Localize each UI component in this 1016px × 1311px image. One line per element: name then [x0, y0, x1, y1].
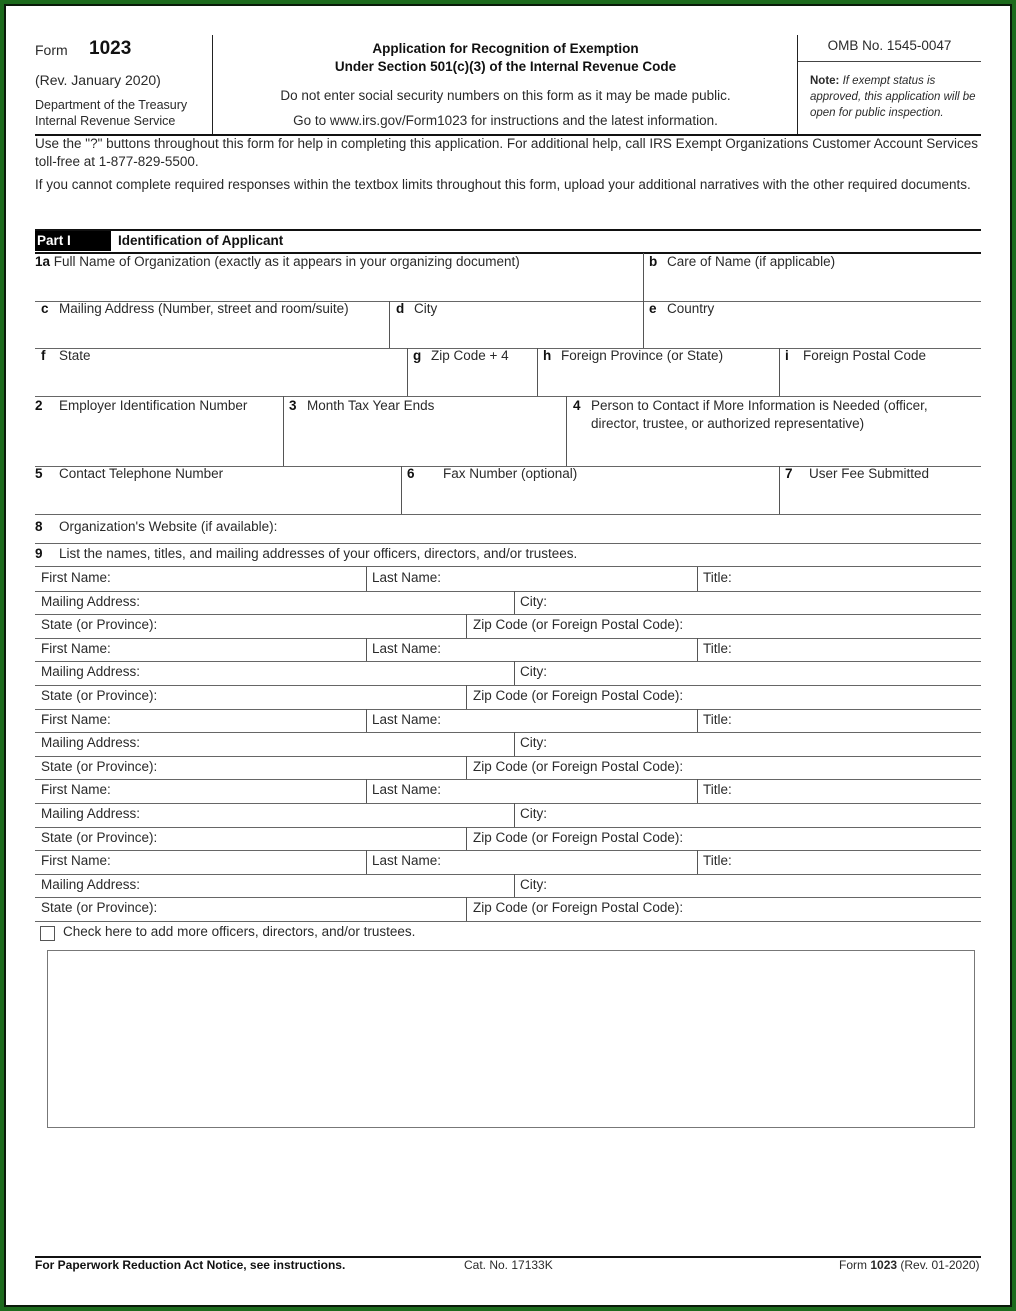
field-text: Month Tax Year Ends: [307, 398, 434, 413]
divider: [35, 566, 981, 567]
officer-zip-input[interactable]: [686, 686, 979, 708]
field-num: c: [41, 301, 59, 316]
officer-zip-label: Zip Code (or Foreign Postal Code):: [473, 900, 683, 915]
footer-form-number: 1023: [870, 1258, 897, 1272]
field-num: h: [543, 348, 561, 363]
additional-officers-textbox[interactable]: [47, 950, 975, 1128]
limits-text: If you cannot complete required response…: [35, 176, 980, 194]
part-tag: Part I: [35, 231, 111, 251]
divider: [366, 567, 367, 591]
officer-zip-label: Zip Code (or Foreign Postal Code):: [473, 759, 683, 774]
field-text: Organization's Website (if available):: [59, 519, 277, 534]
divider: [401, 466, 402, 514]
org-name-input[interactable]: [36, 273, 640, 299]
ein-input[interactable]: [36, 420, 281, 464]
note-label: Note:: [810, 75, 839, 87]
field-1i-label: iForeign Postal Code: [785, 348, 926, 363]
field-1e-label: eCountry: [649, 301, 714, 316]
field-num: e: [649, 301, 667, 316]
divider: [514, 874, 515, 898]
divider: [35, 921, 981, 922]
officer-mailing-address-label: Mailing Address:: [41, 594, 140, 609]
officer-title-input[interactable]: [736, 568, 979, 590]
divider: [697, 567, 698, 591]
state-input[interactable]: [36, 368, 405, 394]
officer-last-name-label: Last Name:: [372, 570, 441, 585]
field-1g-label: gZip Code + 4: [413, 348, 509, 363]
officer-title-input[interactable]: [736, 780, 979, 802]
officer-city-label: City:: [520, 806, 547, 821]
field-num: 1a: [35, 254, 50, 269]
divider: [407, 348, 408, 396]
divider: [514, 661, 515, 685]
officer-title-label: Title:: [703, 853, 732, 868]
officer-title-label: Title:: [703, 712, 732, 727]
officer-first-name-label: First Name:: [41, 570, 111, 585]
website-input[interactable]: [285, 517, 979, 541]
divider: [697, 709, 698, 733]
officer-title-label: Title:: [703, 570, 732, 585]
officer-first-name-input[interactable]: [112, 851, 364, 873]
officer-state-input[interactable]: [160, 686, 464, 708]
field-num: 4: [573, 398, 591, 413]
officer-city-label: City:: [520, 877, 547, 892]
officer-title-input[interactable]: [736, 851, 979, 873]
officer-state-input[interactable]: [160, 757, 464, 779]
field-text: Zip Code + 4: [431, 348, 509, 363]
part1-top-rule: [35, 229, 981, 231]
form-word: Form: [35, 42, 68, 58]
part-title: Identification of Applicant: [118, 233, 283, 248]
officer-title-label: Title:: [703, 641, 732, 656]
field-num: b: [649, 254, 667, 269]
divider: [35, 514, 981, 515]
officer-first-name-input[interactable]: [112, 568, 364, 590]
field-num: 8: [35, 519, 59, 534]
officer-zip-label: Zip Code (or Foreign Postal Code):: [473, 688, 683, 703]
officer-first-name-label: First Name:: [41, 782, 111, 797]
officer-zip-input[interactable]: [686, 757, 979, 779]
officer-city-label: City:: [520, 664, 547, 679]
officer-zip-label: Zip Code (or Foreign Postal Code):: [473, 617, 683, 632]
officer-first-name-label: First Name:: [41, 641, 111, 656]
field-num: 6: [407, 466, 443, 481]
divider: [779, 348, 780, 396]
field-text: Full Name of Organization (exactly as it…: [54, 254, 520, 269]
divider: [514, 591, 515, 615]
officer-zip-input[interactable]: [686, 828, 979, 850]
officer-state-label: State (or Province):: [41, 830, 157, 845]
officer-state-label: State (or Province):: [41, 688, 157, 703]
officer-city-label: City:: [520, 735, 547, 750]
divider: [466, 614, 467, 638]
officer-zip-input[interactable]: [686, 898, 979, 920]
instructions-link[interactable]: Go to www.irs.gov/Form1023 for instructi…: [213, 113, 798, 128]
officer-last-name-label: Last Name:: [372, 782, 441, 797]
country-input[interactable]: [646, 320, 979, 346]
footer-form-id: Form 1023 (Rev. 01-2020): [839, 1258, 980, 1272]
divider: [366, 779, 367, 803]
field-text: User Fee Submitted: [809, 466, 929, 481]
officer-mailing-address-input[interactable]: [146, 733, 512, 755]
field-text: Fax Number (optional): [443, 466, 577, 481]
officer-city-input[interactable]: [550, 804, 979, 826]
officer-first-name-input[interactable]: [112, 780, 364, 802]
field-4-label: 4Person to Contact if More Information i…: [573, 398, 928, 413]
officer-title-input[interactable]: [736, 639, 979, 661]
officer-first-name-label: First Name:: [41, 853, 111, 868]
field-text: Contact Telephone Number: [59, 466, 223, 481]
divider: [697, 850, 698, 874]
divider: [643, 301, 644, 348]
officer-last-name-label: Last Name:: [372, 853, 441, 868]
field-num: g: [413, 348, 431, 363]
divider: [389, 301, 390, 348]
field-7-label: 7User Fee Submitted: [785, 466, 929, 481]
form-number: 1023: [89, 38, 131, 60]
omb-number: OMB No. 1545-0047: [798, 38, 981, 53]
officer-first-name-label: First Name:: [41, 712, 111, 727]
field-text: City: [414, 301, 437, 316]
divider: [466, 756, 467, 780]
omb-divider: [798, 61, 981, 62]
officer-city-input[interactable]: [550, 733, 979, 755]
officer-city-input[interactable]: [550, 592, 979, 614]
officer-last-name-label: Last Name:: [372, 641, 441, 656]
city-input[interactable]: [391, 320, 641, 346]
field-num: f: [41, 348, 59, 363]
officer-last-name-input[interactable]: [442, 568, 695, 590]
field-1b-label: bCare of Name (if applicable): [649, 254, 835, 269]
foreign-postal-code-input[interactable]: [781, 368, 979, 394]
field-1d-label: dCity: [396, 301, 437, 316]
officer-mailing-address-input[interactable]: [146, 592, 512, 614]
field-9-label: 9List the names, titles, and mailing add…: [35, 546, 577, 561]
footer-form-revision: (Rev. 01-2020): [900, 1258, 979, 1272]
field-3-label: 3Month Tax Year Ends: [289, 398, 434, 413]
user-fee-input[interactable]: [781, 486, 979, 512]
officer-mailing-address-label: Mailing Address:: [41, 877, 140, 892]
field-text: State: [59, 348, 91, 363]
form-title-line2: Under Section 501(c)(3) of the Internal …: [213, 59, 798, 74]
officer-title-label: Title:: [703, 782, 732, 797]
foreign-province-input[interactable]: [539, 368, 777, 394]
paperwork-notice: For Paperwork Reduction Act Notice, see …: [35, 1258, 345, 1272]
field-1c-label: cMailing Address (Number, street and roo…: [41, 301, 349, 316]
divider: [514, 732, 515, 756]
officer-first-name-input[interactable]: [112, 639, 364, 661]
public-inspection-note: Note: If exempt status is approved, this…: [810, 73, 980, 121]
officer-state-label: State (or Province):: [41, 900, 157, 915]
field-text: Mailing Address (Number, street and room…: [59, 301, 349, 316]
divider: [566, 396, 567, 466]
officer-mailing-address-label: Mailing Address:: [41, 806, 140, 821]
field-num: d: [396, 301, 414, 316]
divider: [537, 348, 538, 396]
add-more-checkbox[interactable]: [40, 926, 55, 941]
field-num: 7: [785, 466, 809, 481]
officer-first-name-input[interactable]: [112, 710, 364, 732]
divider: [283, 396, 284, 466]
officer-last-name-input[interactable]: [442, 780, 695, 802]
field-text: Person to Contact if More Information is…: [591, 398, 928, 413]
field-num: i: [785, 348, 803, 363]
field-text: List the names, titles, and mailing addr…: [59, 546, 577, 561]
divider: [366, 638, 367, 662]
officer-city-input[interactable]: [550, 662, 979, 684]
divider: [779, 466, 780, 514]
officer-state-input[interactable]: [160, 828, 464, 850]
divider: [514, 803, 515, 827]
divider: [466, 827, 467, 851]
agency: Internal Revenue Service: [35, 114, 175, 128]
officer-last-name-input[interactable]: [442, 851, 695, 873]
help-text: Use the "?" buttons throughout this form…: [35, 135, 980, 171]
field-num: 2: [35, 398, 59, 413]
fax-input[interactable]: [403, 486, 777, 512]
officer-last-name-label: Last Name:: [372, 712, 441, 727]
field-num: 3: [289, 398, 307, 413]
field-2-label: 2Employer Identification Number: [35, 398, 247, 413]
officer-state-input[interactable]: [160, 615, 464, 637]
officer-city-input[interactable]: [550, 875, 979, 897]
field-5-label: 5Contact Telephone Number: [35, 466, 223, 481]
field-num: 9: [35, 546, 59, 561]
mailing-address-input[interactable]: [36, 320, 387, 346]
care-of-name-input[interactable]: [646, 273, 979, 299]
officer-mailing-address-input[interactable]: [146, 662, 512, 684]
add-more-label: Check here to add more officers, directo…: [63, 924, 415, 939]
field-num: 5: [35, 466, 59, 481]
field-text: Employer Identification Number: [59, 398, 247, 413]
officer-state-label: State (or Province):: [41, 759, 157, 774]
field-1a-label: 1a Full Name of Organization (exactly as…: [35, 254, 520, 269]
divider: [466, 685, 467, 709]
field-1h-label: hForeign Province (or State): [543, 348, 723, 363]
officer-state-label: State (or Province):: [41, 617, 157, 632]
divider: [35, 396, 981, 397]
contact-person-input[interactable]: [568, 436, 979, 464]
form-title-line1: Application for Recognition of Exemption: [213, 41, 798, 56]
field-text: Foreign Postal Code: [803, 348, 926, 363]
field-text: Country: [667, 301, 714, 316]
field-8-label: 8Organization's Website (if available):: [35, 519, 277, 534]
officer-last-name-input[interactable]: [442, 710, 695, 732]
officer-mailing-address-input[interactable]: [146, 804, 512, 826]
footer-form-prefix: Form: [839, 1258, 867, 1272]
officer-mailing-address-input[interactable]: [146, 875, 512, 897]
officer-zip-label: Zip Code (or Foreign Postal Code):: [473, 830, 683, 845]
form-revision: (Rev. January 2020): [35, 72, 161, 88]
divider: [35, 543, 981, 544]
divider: [643, 253, 644, 301]
officer-mailing-address-label: Mailing Address:: [41, 664, 140, 679]
zip-input[interactable]: [409, 368, 535, 394]
divider: [466, 897, 467, 921]
field-text: Care of Name (if applicable): [667, 254, 835, 269]
telephone-input[interactable]: [36, 486, 399, 512]
field-text: Foreign Province (or State): [561, 348, 723, 363]
divider: [366, 709, 367, 733]
officer-mailing-address-label: Mailing Address:: [41, 735, 140, 750]
field-1f-label: fState: [41, 348, 91, 363]
officer-title-input[interactable]: [736, 710, 979, 732]
divider: [366, 850, 367, 874]
officer-city-label: City:: [520, 594, 547, 609]
catalog-number: Cat. No. 17133K: [464, 1258, 553, 1272]
field-6-label: 6Fax Number (optional): [407, 466, 577, 481]
divider: [697, 638, 698, 662]
officer-state-input[interactable]: [160, 898, 464, 920]
officer-last-name-input[interactable]: [442, 639, 695, 661]
officer-zip-input[interactable]: [686, 615, 979, 637]
field-4-label-line2: director, trustee, or authorized represe…: [591, 416, 864, 431]
ssn-warning: Do not enter social security numbers on …: [213, 88, 798, 103]
divider: [697, 779, 698, 803]
department: Department of the Treasury: [35, 98, 187, 112]
month-tax-year-input[interactable]: [285, 420, 564, 464]
